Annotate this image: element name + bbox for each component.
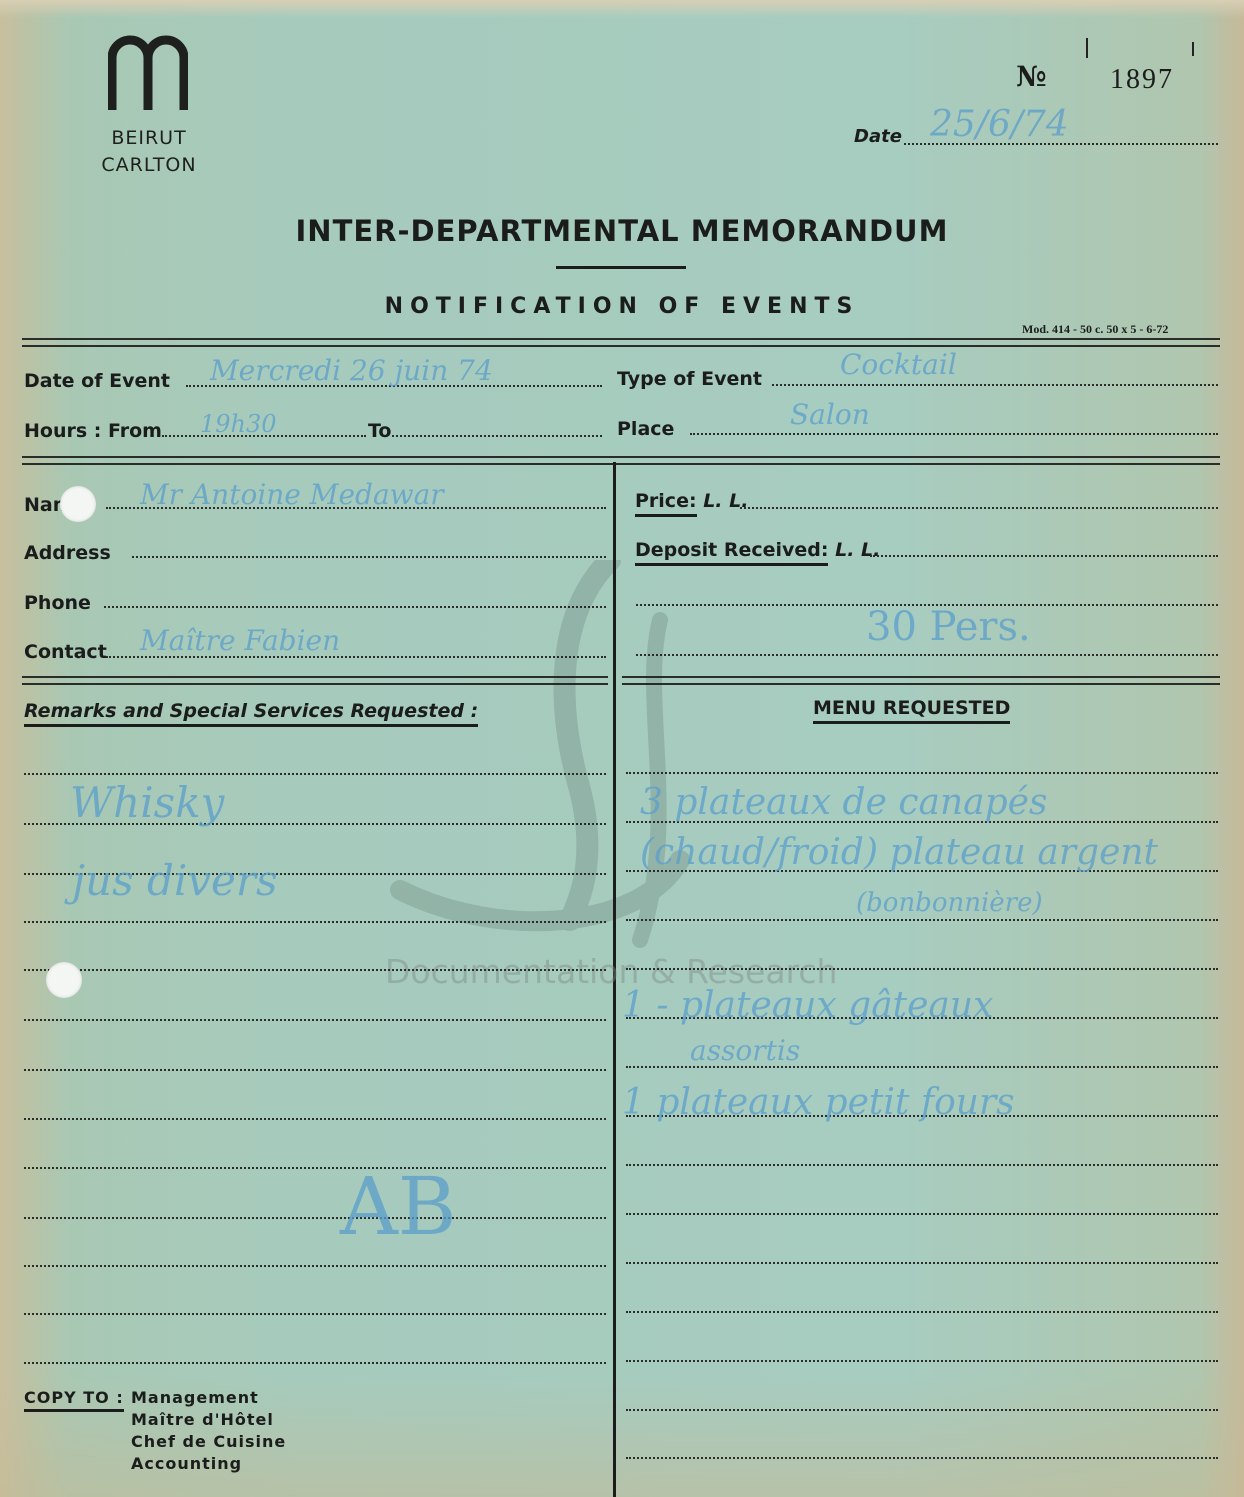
remarks-line-6[interactable] [24, 1019, 606, 1021]
hotel-name: BEIRUT CARLTON [70, 125, 228, 179]
perforation-mark [1086, 38, 1088, 58]
menu-entry[interactable]: 1 plateaux petit fours [622, 1082, 1015, 1123]
hours-from-label: Hours : From [24, 420, 162, 442]
archive-watermark-icon [380, 560, 860, 1000]
type-of-event-label: Type of Event [617, 368, 762, 390]
phone-label: Phone [24, 592, 91, 614]
copy-recipient-maitre-d-hotel: Maître d'Hôtel [131, 1410, 274, 1429]
form-code: Mod. 414 - 50 c. 50 x 5 - 6-72 [1022, 322, 1168, 337]
place-value[interactable]: Salon [790, 398, 870, 431]
price-label-text: Price: [635, 490, 697, 517]
phone-line[interactable] [104, 606, 606, 608]
remarks-entry[interactable]: Whisky [70, 778, 224, 827]
divider-double-right [622, 676, 1220, 685]
contact-value[interactable]: Maître Fabien [140, 624, 340, 657]
deposit-label-text: Deposit Received: [635, 539, 828, 566]
menu-line-4[interactable] [626, 919, 1218, 921]
date-of-event-value[interactable]: Mercredi 26 juin 74 [210, 354, 493, 387]
date-label: Date [854, 126, 902, 147]
price-line[interactable] [740, 507, 1218, 509]
memo-number: 1897 [1110, 64, 1174, 96]
remarks-line-1[interactable] [24, 773, 606, 775]
name-value[interactable]: Mr Antoine Medawar [140, 478, 444, 511]
hotel-name-line1: BEIRUT [70, 125, 228, 152]
menu-line-1[interactable] [626, 772, 1218, 774]
hours-to-line[interactable] [392, 435, 602, 437]
remarks-line-4[interactable] [24, 921, 606, 923]
hotel-logo-icon [108, 28, 188, 110]
copy-recipient-management: Management [131, 1388, 259, 1407]
divider-double [22, 338, 1220, 347]
deposit-currency: L. L. [835, 539, 880, 561]
remarks-line-10[interactable] [24, 1217, 606, 1219]
remarks-line-5[interactable] [24, 969, 606, 971]
remarks-line-11[interactable] [24, 1265, 606, 1267]
divider-double [22, 456, 1220, 465]
remarks-line-9[interactable] [24, 1167, 606, 1169]
type-of-event-line [772, 384, 1218, 386]
remarks-line-13[interactable] [24, 1362, 606, 1364]
copy-recipient-chef-de-cuisine: Chef de Cuisine [131, 1432, 286, 1451]
menu-entry[interactable]: (bonbonnière) [856, 888, 1043, 918]
menu-entry[interactable]: 3 plateaux de canapés [640, 782, 1047, 823]
hours-from-value[interactable]: 19h30 [200, 410, 277, 438]
menu-line-15[interactable] [626, 1457, 1218, 1459]
title-rule [556, 266, 686, 269]
remarks-line-7[interactable] [24, 1069, 606, 1071]
price-label: Price: L. L. [635, 490, 748, 512]
remarks-entry[interactable]: jus divers [72, 856, 278, 905]
address-line[interactable] [132, 556, 606, 558]
copy-to-label: COPY TO : [24, 1388, 124, 1412]
punch-hole [60, 486, 96, 522]
menu-line-13[interactable] [626, 1360, 1218, 1362]
copy-recipient-accounting: Accounting [131, 1454, 242, 1473]
menu-entry[interactable]: (chaud/froid) plateau argent [640, 832, 1158, 873]
guest-count-value[interactable]: 30 Pers. [866, 604, 1031, 650]
menu-line-14[interactable] [626, 1409, 1218, 1411]
address-label: Address [24, 542, 111, 564]
deposit-label: Deposit Received: L. L. [635, 539, 880, 561]
hotel-name-line2: CARLTON [70, 152, 228, 179]
remarks-heading: Remarks and Special Services Requested : [24, 700, 478, 727]
deposit-line[interactable] [870, 555, 1218, 557]
menu-entry[interactable]: 1 - plateaux gâteaux [622, 985, 993, 1026]
menu-line-9[interactable] [626, 1164, 1218, 1166]
document-title: INTER-DEPARTMENTAL MEMORANDUM [0, 214, 1244, 248]
menu-heading: MENU REQUESTED [813, 697, 1010, 724]
type-of-event-value[interactable]: Cocktail [840, 348, 957, 381]
perforation-mark [1192, 42, 1194, 56]
hours-to-label: To [368, 420, 392, 442]
number-label: № [1016, 60, 1046, 93]
punch-hole [46, 962, 82, 998]
date-field-value[interactable]: 25/6/74 [930, 104, 1069, 145]
menu-line-12[interactable] [626, 1311, 1218, 1313]
remarks-line-12[interactable] [24, 1313, 606, 1315]
menu-line-11[interactable] [626, 1262, 1218, 1264]
paper-edge-top [0, 0, 1244, 18]
date-of-event-label: Date of Event [24, 370, 170, 392]
place-line [690, 433, 1218, 435]
document-subtitle: NOTIFICATION OF EVENTS [0, 294, 1244, 319]
menu-entry[interactable]: assortis [690, 1034, 800, 1067]
blank-line [636, 654, 1218, 656]
menu-line-10[interactable] [626, 1213, 1218, 1215]
divider-double-left [22, 676, 608, 685]
initials-signature: AB [340, 1160, 457, 1253]
menu-line-5[interactable] [626, 968, 1218, 970]
place-label: Place [617, 418, 674, 440]
contact-label: Contact [24, 641, 107, 663]
remarks-line-8[interactable] [24, 1118, 606, 1120]
